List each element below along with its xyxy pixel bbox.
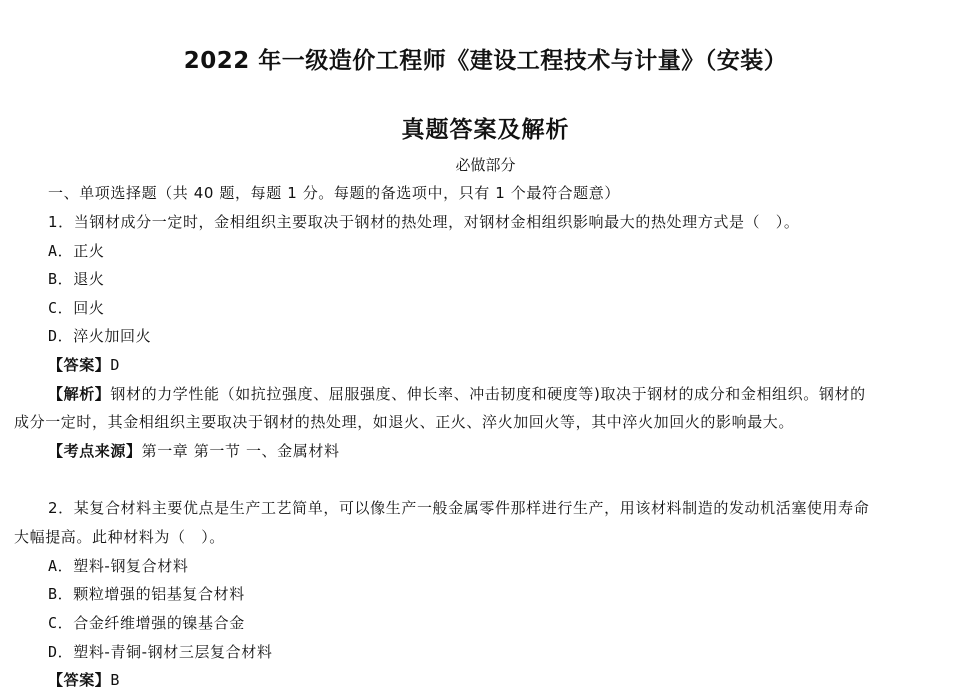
source-label: 【考点来源】 [48, 442, 142, 460]
option-letter: A． [48, 242, 73, 260]
option-d: D．淬火加回火 [48, 326, 151, 346]
option-letter: D． [48, 643, 73, 661]
option-c: C．合金纤维增强的镍基合金 [48, 613, 245, 633]
option-text: 塑料-青铜-钢材三层复合材料 [73, 643, 272, 661]
option-d: D．塑料-青铜-钢材三层复合材料 [48, 642, 272, 662]
option-letter: C． [48, 614, 73, 632]
question-stem: 1．当钢材成分一定时，金相组织主要取决于钢材的热处理，对钢材金相组织影响最大的热… [48, 212, 799, 232]
answer-label: 【答案】 [48, 356, 110, 374]
option-letter: C． [48, 299, 73, 317]
answer-value: D [110, 356, 120, 374]
option-letter: B． [48, 270, 73, 288]
option-text: 塑料-钢复合材料 [73, 557, 188, 575]
section-label: 必做部分 [0, 155, 971, 175]
option-letter: D． [48, 327, 73, 345]
question-stem-line-1: 2．某复合材料主要优点是生产工艺简单，可以像生产一般金属零件那样进行生产，用该材… [48, 498, 869, 518]
part-heading: 一、单项选择题（共 40 题，每题 1 分。每题的备选项中，只有 1 个最符合题… [48, 183, 620, 203]
answer-label: 【答案】 [48, 671, 110, 689]
document-title: 2022 年一级造价工程师《建设工程技术与计量》（安装） [0, 46, 971, 76]
analysis-label: 【解析】 [48, 385, 110, 403]
option-b: B．颗粒增强的铝基复合材料 [48, 584, 245, 604]
option-text: 退火 [73, 270, 104, 288]
option-b: B．退火 [48, 269, 104, 289]
analysis-line-2: 成分一定时，其金相组织主要取决于钢材的热处理，如退火、正火、淬火加回火等，其中淬… [14, 412, 794, 432]
option-text: 合金纤维增强的镍基合金 [73, 614, 245, 632]
option-a: A．正火 [48, 241, 104, 261]
option-letter: A． [48, 557, 73, 575]
question-stem-line-2: 大幅提高。此种材料为（ ）。 [14, 527, 225, 547]
option-text: 正火 [73, 242, 104, 260]
analysis-line-1: 【解析】钢材的力学性能（如抗拉强度、屈服强度、伸长率、冲击韧度和硬度等)取决于钢… [48, 384, 866, 404]
answer-line: 【答案】B [48, 670, 120, 690]
option-text: 淬火加回火 [73, 327, 151, 345]
answer-value: B [110, 671, 120, 689]
answer-line: 【答案】D [48, 355, 120, 375]
option-c: C．回火 [48, 298, 104, 318]
option-a: A．塑料-钢复合材料 [48, 556, 188, 576]
option-letter: B． [48, 585, 73, 603]
source-text: 第一章 第一节 一、金属材料 [142, 442, 340, 460]
source-line: 【考点来源】第一章 第一节 一、金属材料 [48, 441, 340, 461]
document-subtitle: 真题答案及解析 [0, 115, 971, 145]
option-text: 回火 [73, 299, 104, 317]
analysis-text: 钢材的力学性能（如抗拉强度、屈服强度、伸长率、冲击韧度和硬度等)取决于钢材的成分… [110, 385, 865, 403]
option-text: 颗粒增强的铝基复合材料 [73, 585, 245, 603]
